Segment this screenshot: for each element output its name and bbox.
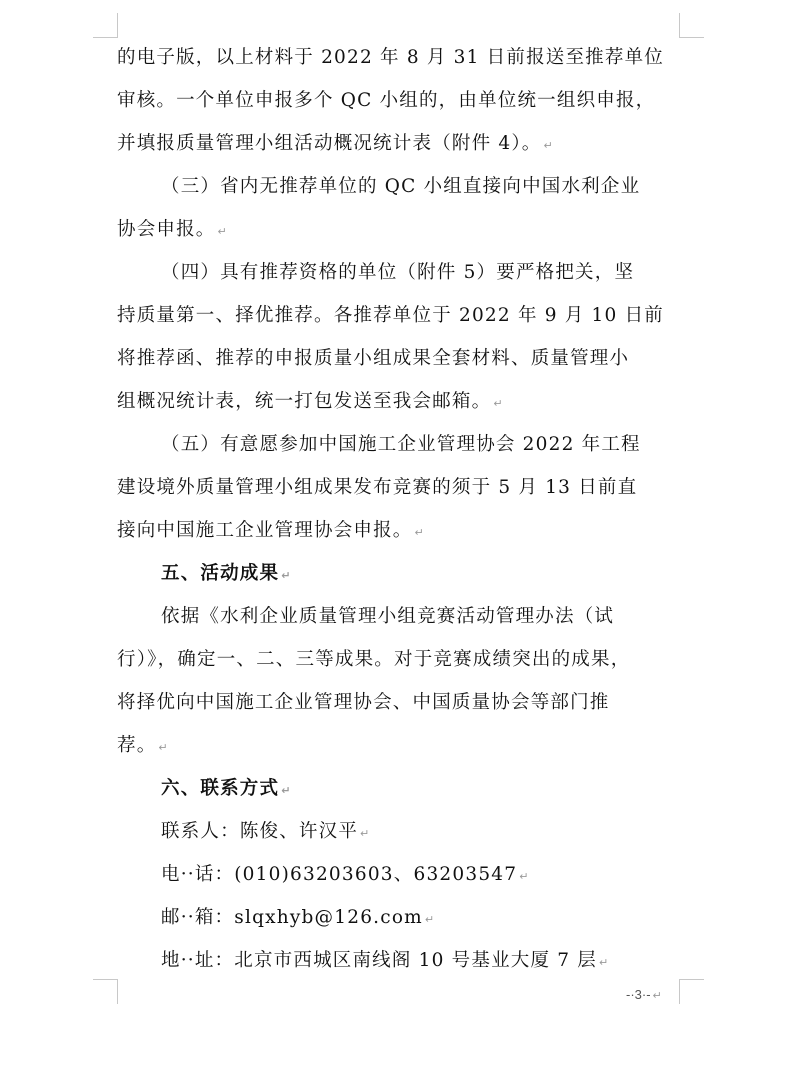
paragraph-mark-icon: ↵ bbox=[544, 139, 554, 152]
crop-mark-bottom-left bbox=[93, 979, 118, 1004]
text-line: 组概况统计表，统一打包发送至我会邮箱。↵ bbox=[117, 380, 681, 423]
text-line: （五）有意愿参加中国施工企业管理协会 2022 年工程 bbox=[117, 423, 681, 466]
text-line: 并填报质量管理小组活动概况统计表（附件 4）。↵ bbox=[117, 122, 681, 165]
paragraph-mark-icon: ↵ bbox=[281, 569, 291, 582]
paragraph-mark-icon: ↵ bbox=[425, 913, 435, 926]
paragraph-mark-icon: ↵ bbox=[415, 526, 425, 539]
contact-label: 联系人： bbox=[161, 821, 240, 842]
contact-value: slqxhyb@126.com bbox=[234, 907, 423, 928]
paragraph-mark-icon: ↵ bbox=[493, 397, 503, 410]
paragraph-mark-icon: ↵ bbox=[519, 870, 529, 883]
contact-label: 地··址： bbox=[161, 950, 234, 971]
contact-person: 联系人：陈俊、许汉平↵ bbox=[117, 810, 681, 853]
text-line: 依据《水利企业质量管理小组竞赛活动管理办法（试 bbox=[117, 595, 681, 638]
text-line: 荐。↵ bbox=[117, 724, 681, 767]
contact-label: 邮··箱： bbox=[161, 907, 234, 928]
crop-mark-bottom-right bbox=[679, 979, 704, 1004]
text-line: 持质量第一、择优推荐。各推荐单位于 2022 年 9 月 10 日前 bbox=[117, 294, 681, 337]
text-line: 的电子版，以上材料于 2022 年 8 月 31 日前报送至推荐单位 bbox=[117, 36, 681, 79]
contact-value: 北京市西城区南线阁 10 号基业大厦 7 层 bbox=[234, 950, 597, 971]
text-line: 审核。一个单位申报多个 QC 小组的，由单位统一组织申报， bbox=[117, 79, 681, 122]
contact-email: 邮··箱：slqxhyb@126.com↵ bbox=[117, 896, 681, 939]
text-line: 行）》，确定一、二、三等成果。对于竞赛成绩突出的成果， bbox=[117, 638, 681, 681]
document-page: 的电子版，以上材料于 2022 年 8 月 31 日前报送至推荐单位 审核。一个… bbox=[0, 0, 800, 1077]
contact-label: 电··话： bbox=[161, 864, 234, 885]
document-body[interactable]: 的电子版，以上材料于 2022 年 8 月 31 日前报送至推荐单位 审核。一个… bbox=[117, 36, 681, 982]
paragraph-mark-icon: ↵ bbox=[281, 784, 291, 797]
text-line: 协会申报。↵ bbox=[117, 208, 681, 251]
text-line: 接向中国施工企业管理协会申报。↵ bbox=[117, 509, 681, 552]
section-heading-results: 五、活动成果↵ bbox=[117, 552, 681, 595]
page-number: -·3·-↵ bbox=[626, 987, 662, 1002]
paragraph-mark-icon: ↵ bbox=[360, 827, 370, 840]
text-line: 将择优向中国施工企业管理协会、中国质量协会等部门推 bbox=[117, 681, 681, 724]
text-line: 将推荐函、推荐的申报质量小组成果全套材料、质量管理小 bbox=[117, 337, 681, 380]
paragraph-mark-icon: ↵ bbox=[158, 741, 168, 754]
text-line: （四）具有推荐资格的单位（附件 5）要严格把关，坚 bbox=[117, 251, 681, 294]
paragraph-mark-icon: ↵ bbox=[599, 956, 609, 969]
contact-address: 地··址：北京市西城区南线阁 10 号基业大厦 7 层↵ bbox=[117, 939, 681, 982]
section-heading-contact: 六、联系方式↵ bbox=[117, 767, 681, 810]
crop-mark-top-right bbox=[679, 13, 704, 38]
contact-phone: 电··话：(010)63203603、63203547↵ bbox=[117, 853, 681, 896]
paragraph-mark-icon: ↵ bbox=[218, 225, 228, 238]
text-line: （三）省内无推荐单位的 QC 小组直接向中国水利企业 bbox=[117, 165, 681, 208]
text-line: 建设境外质量管理小组成果发布竞赛的须于 5 月 13 日前直 bbox=[117, 466, 681, 509]
contact-value: 陈俊、许汉平 bbox=[240, 821, 358, 842]
crop-mark-top-left bbox=[93, 13, 118, 38]
paragraph-mark-icon: ↵ bbox=[653, 989, 662, 1002]
contact-value: (010)63203603、63203547 bbox=[234, 864, 517, 885]
